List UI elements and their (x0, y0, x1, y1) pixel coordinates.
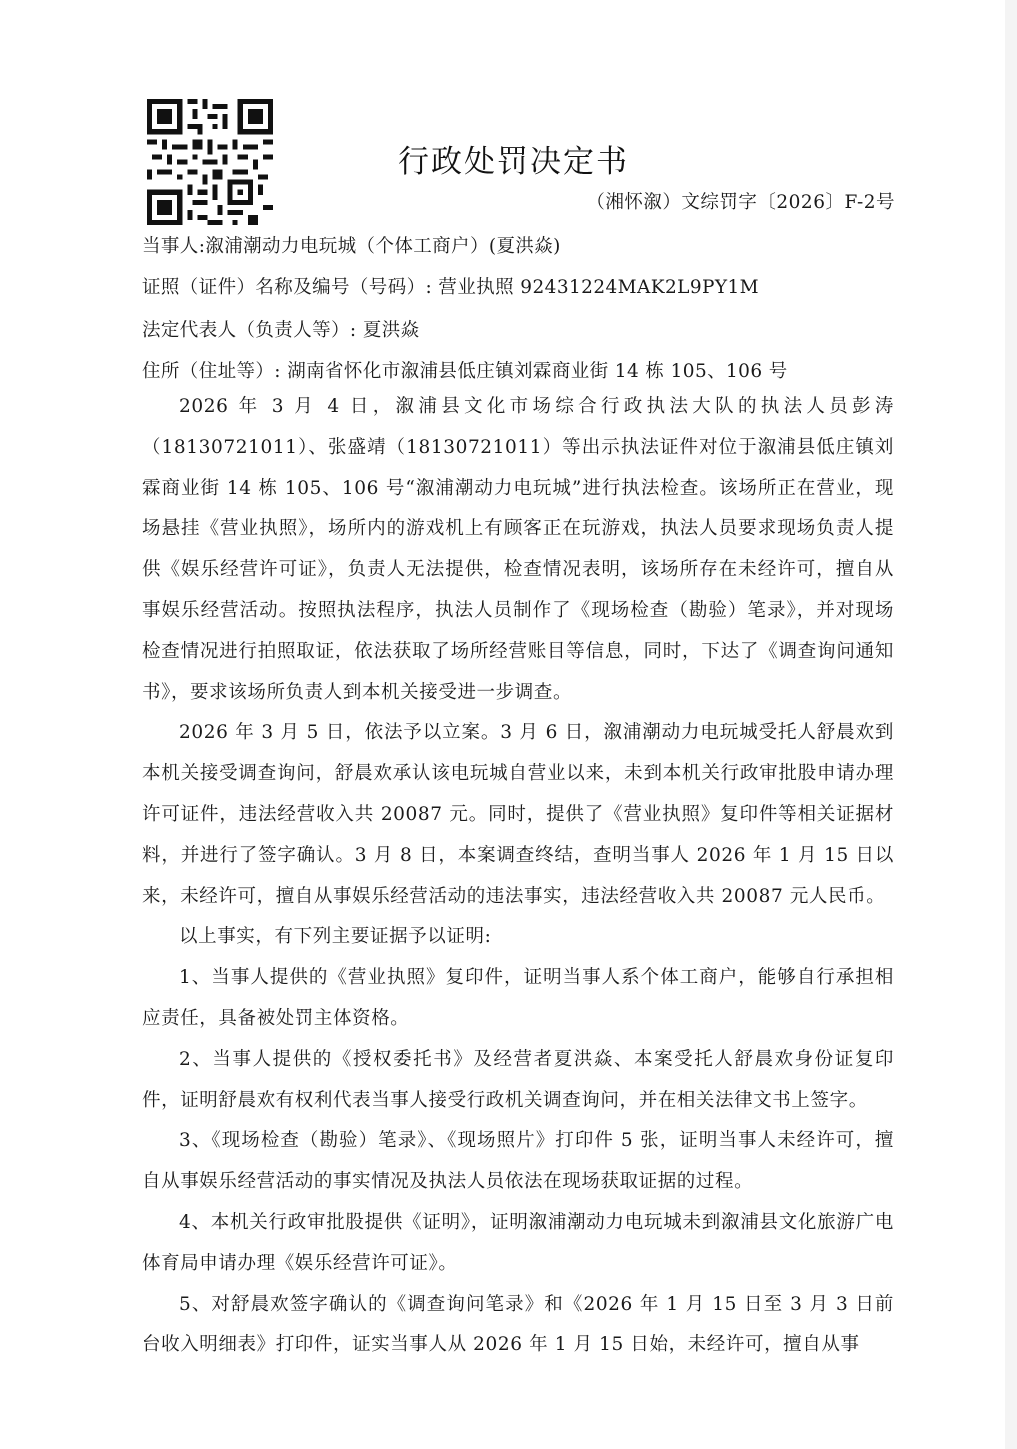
paragraph-inspection: 2026 年 3 月 4 日，溆浦县文化市场综合行政执法大队的执法人员彭涛（18… (142, 387, 894, 713)
document-title: 行政处罚决定书 (398, 136, 629, 181)
qr-code-icon (146, 99, 274, 225)
evidence-item-5: 5、对舒晨欢签字确认的《调查询问笔录》和《2026 年 1 月 15 日至 3 … (142, 1285, 894, 1367)
license-label: 证照（证件）名称及编号（号码）: (142, 277, 432, 298)
evidence-item-3: 3、《现场检查（勘验）笔录》、《现场照片》打印件 5 张，证明当事人未经许可，擅… (142, 1121, 894, 1203)
document-body: 2026 年 3 月 4 日，溆浦县文化市场综合行政执法大队的执法人员彭涛（18… (142, 387, 894, 1366)
page-edge-shadow (1005, 0, 1017, 1449)
address-field: 住所（住址等）: 湖南省怀化市溆浦县低庄镇刘霖商业街 14 栋 105、106 … (142, 357, 788, 383)
paragraph-evidence-intro: 以上事实，有下列主要证据予以证明: (142, 917, 894, 958)
evidence-item-1: 1、当事人提供的《营业执照》复印件，证明当事人系个体工商户，能够自行承担相应责任… (142, 958, 894, 1040)
license-field: 证照（证件）名称及编号（号码）: 营业执照 92431224MAK2L9PY1M (142, 273, 759, 299)
legal-rep-field: 法定代表人（负责人等）: 夏洪焱 (142, 316, 420, 342)
address-label: 住所（住址等）: (142, 361, 281, 382)
license-value: 营业执照 92431224MAK2L9PY1M (438, 277, 759, 298)
party-label: 当事人: (142, 236, 205, 257)
evidence-item-2: 2、当事人提供的《授权委托书》及经营者夏洪焱、本案受托人舒晨欢身份证复印件，证明… (142, 1040, 894, 1122)
paragraph-investigation: 2026 年 3 月 5 日，依法予以立案。3 月 6 日，溆浦潮动力电玩城受托… (142, 713, 894, 917)
document-number: （湘怀溆）文综罚字〔2026〕F-2号 (586, 188, 895, 214)
party-value: 溆浦潮动力电玩城（个体工商户）(夏洪焱) (205, 236, 560, 257)
party-field: 当事人:溆浦潮动力电玩城（个体工商户）(夏洪焱) (142, 232, 561, 258)
address-value: 湖南省怀化市溆浦县低庄镇刘霖商业街 14 栋 105、106 号 (287, 361, 788, 382)
evidence-item-4: 4、本机关行政审批股提供《证明》，证明溆浦潮动力电玩城未到溆浦县文化旅游广电体育… (142, 1203, 894, 1285)
legal-rep-value: 夏洪焱 (363, 320, 420, 341)
legal-rep-label: 法定代表人（负责人等）: (142, 320, 357, 341)
